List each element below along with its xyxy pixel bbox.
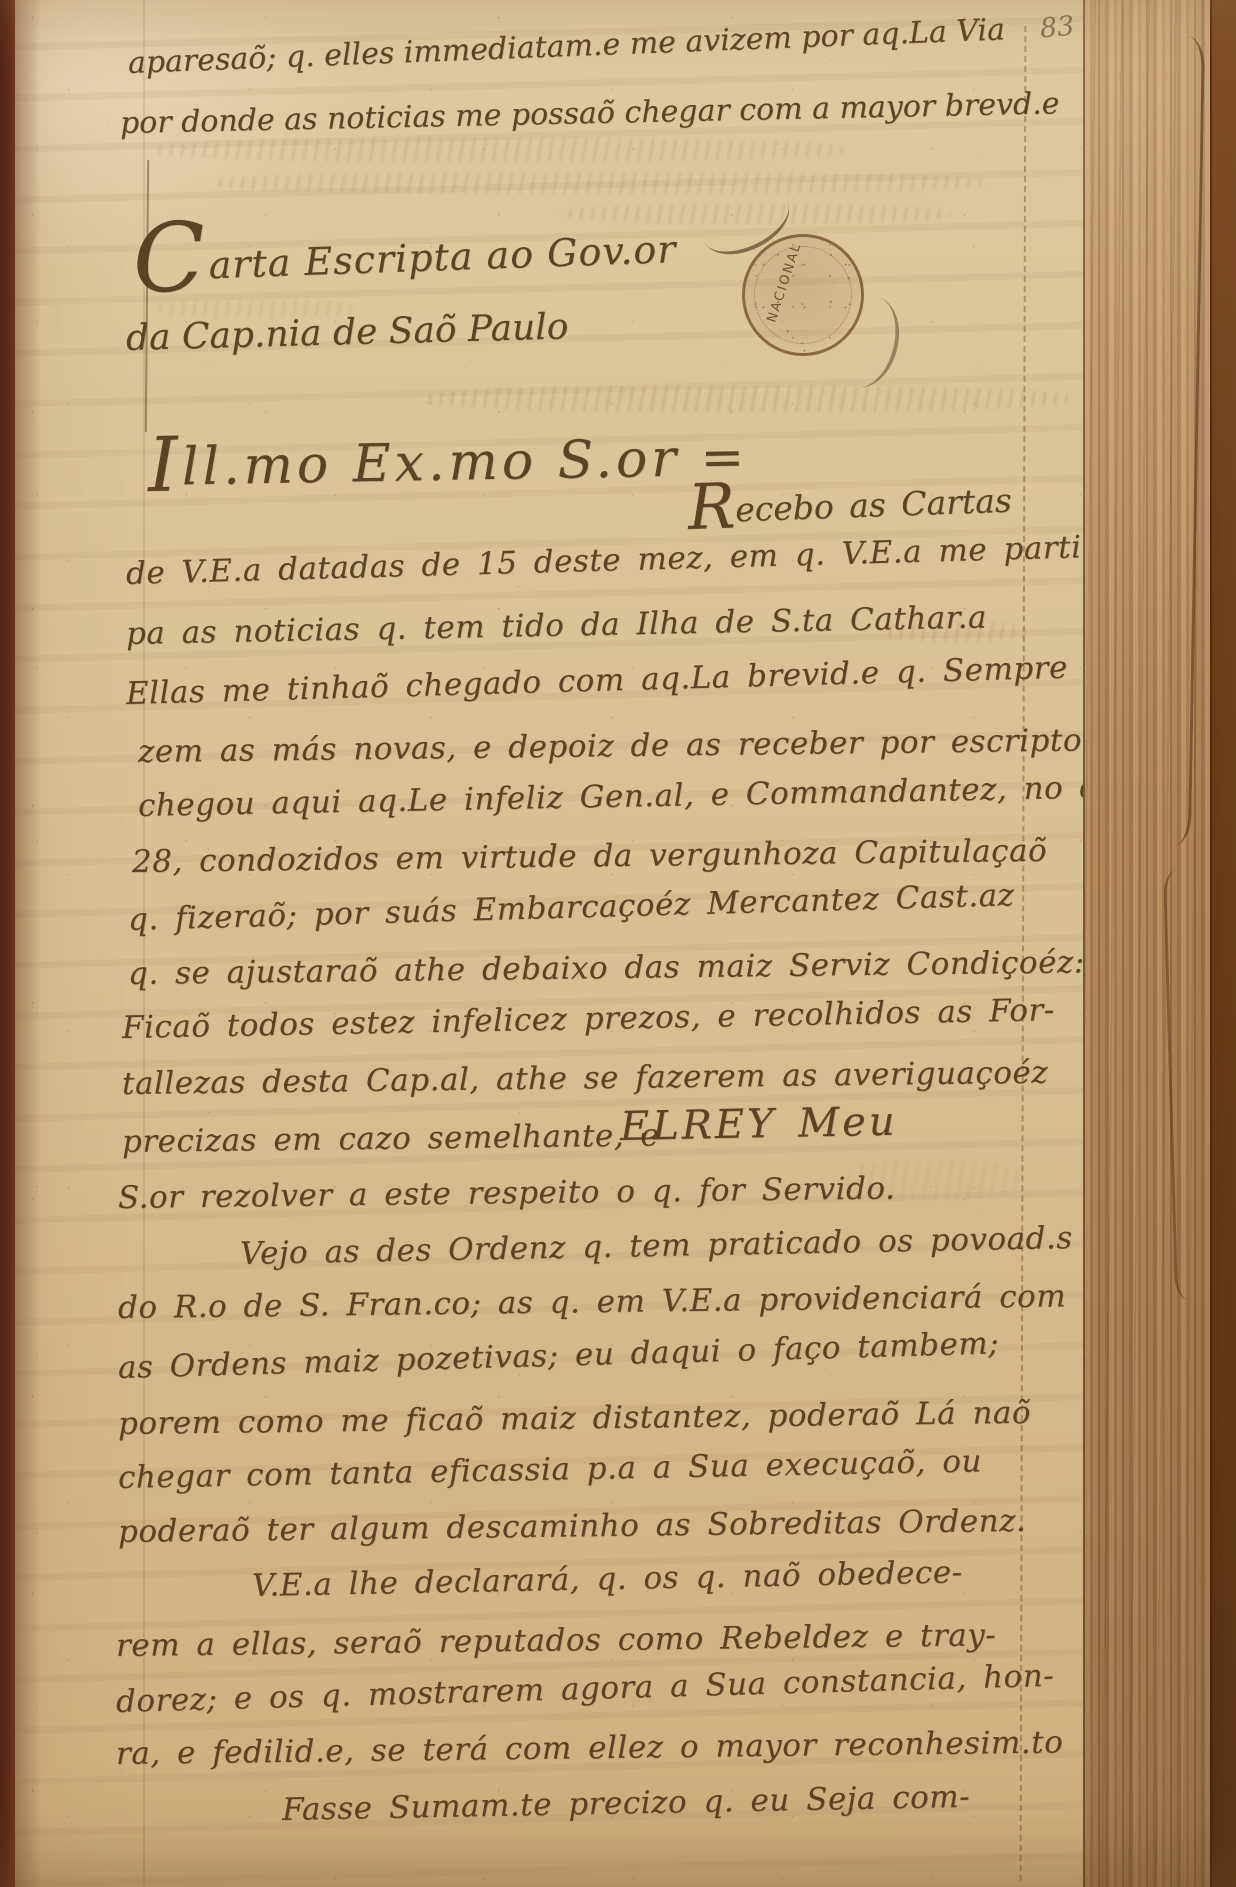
stamp-texture bbox=[745, 237, 861, 353]
ink-bleed-ghost bbox=[420, 386, 1070, 412]
page-edge-stack bbox=[1083, 0, 1212, 1887]
ink-bleed-ghost bbox=[150, 138, 850, 162]
salutation: Ill.mo Ex.mo S.or = bbox=[147, 428, 748, 498]
body-line: precizas em cazo semelhante, e bbox=[122, 1117, 660, 1160]
left-gutter-soft-shadow bbox=[15, 0, 41, 1887]
library-stamp: NACIONAL bbox=[742, 234, 864, 356]
left-gutter-shadow bbox=[0, 0, 15, 1887]
manuscript-scan-page: 83 NACIONAL aparesaõ; q. elles immediata… bbox=[0, 0, 1236, 1887]
book-binding bbox=[1210, 0, 1236, 1887]
ink-bleed-ghost bbox=[210, 172, 990, 194]
body-line-elrey: ELREY Meu bbox=[620, 1099, 898, 1150]
page-number: 83 bbox=[1039, 11, 1076, 45]
